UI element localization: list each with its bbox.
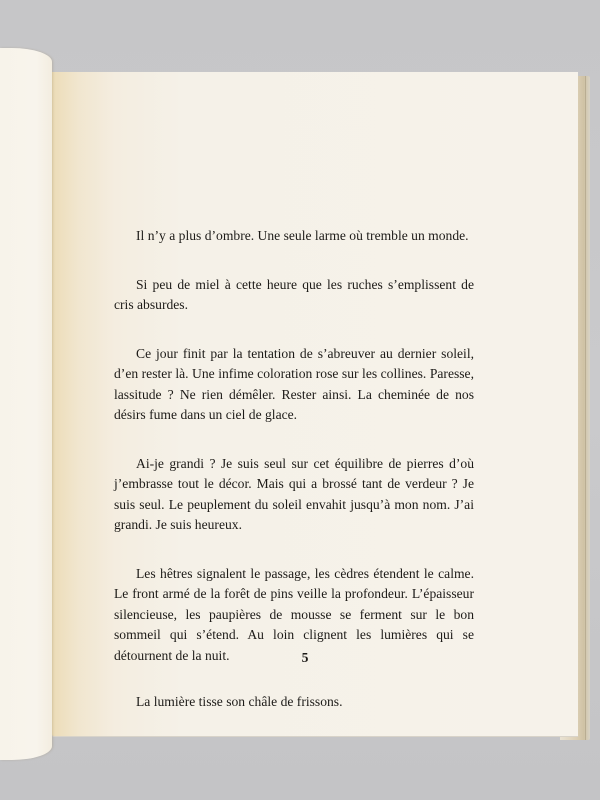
paragraph-spacer — [114, 316, 474, 344]
poem-text: Il n’y a plus d’ombre. Une seule larme o… — [114, 226, 474, 713]
paragraph-spacer — [114, 247, 474, 275]
paragraph-2: Si peu de miel à cette heure que les ruc… — [114, 275, 474, 316]
paragraph-spacer — [114, 426, 474, 454]
paragraph-6: La lumière tisse son châle de frissons. — [114, 692, 474, 713]
paragraph-spacer — [114, 536, 474, 564]
page-number: 5 — [0, 650, 600, 666]
paragraph-1: Il n’y a plus d’ombre. Une seule larme o… — [114, 226, 474, 247]
paragraph-4: Ai-je grandi ? Je suis seul sur cet équi… — [114, 454, 474, 536]
paragraph-spacer — [114, 666, 474, 692]
paragraph-3: Ce jour finit par la tentation de s’abre… — [114, 344, 474, 426]
